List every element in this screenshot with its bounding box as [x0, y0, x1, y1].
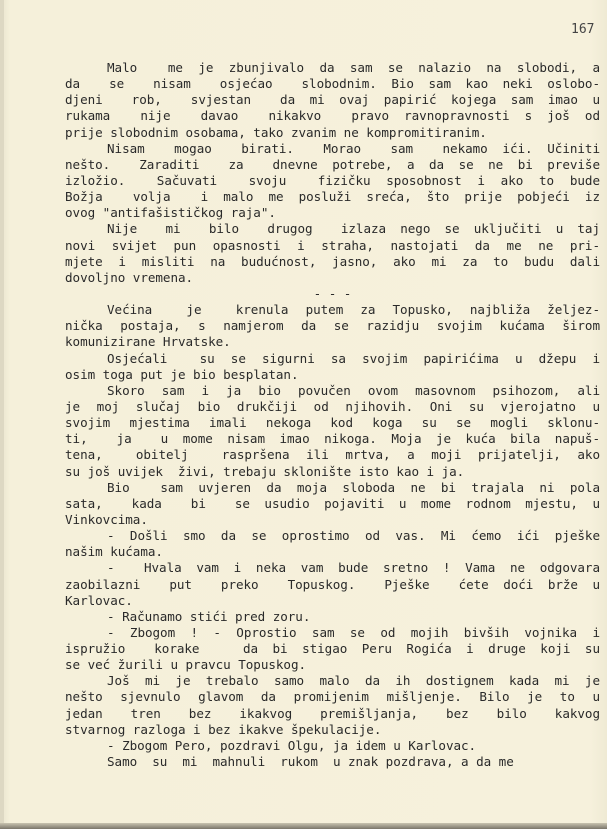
text-line: nešto sjevnulo glavom da promijenim mišl…	[65, 689, 600, 705]
text-line: Većina je krenula putem za Topusko, najb…	[65, 302, 600, 318]
text-line: nešto. Zaraditi za dnevne potrebe, a da …	[65, 157, 600, 173]
text-line: Nije mi bilo drugog izlaza nego se uklju…	[65, 221, 600, 237]
text-line: Osjećali su se sigurni sa svojim papirić…	[65, 351, 600, 367]
text-line: Božja volja i malo me posluži sreća, što…	[65, 189, 600, 205]
text-line: rukama nije davao nikakvo pravo ravnopra…	[65, 108, 600, 124]
text-line: mjete i misliti na budućnost, jasno, ako…	[65, 254, 600, 270]
text-line: stvarnog razloga i bez ikakve špekulacij…	[65, 722, 600, 738]
text-line: Nisam mogao birati. Morao sam nekamo ići…	[65, 141, 600, 157]
page-left-edge	[0, 0, 4, 829]
text-line: dovoljno vremena.	[65, 270, 600, 286]
section-separator: - - -	[65, 286, 600, 302]
text-line: sata, kada bi se usudio pojaviti u mome …	[65, 496, 600, 512]
text-line: se već žurili u pravcu Topuskog.	[65, 657, 600, 673]
text-line: - Zbogom ! - Oprostio sam se od mojih bi…	[65, 625, 600, 641]
page-number: 167	[571, 22, 594, 37]
text-line: da se nisam osjećao slobodnim. Bio sam k…	[65, 76, 600, 92]
text-line: Karlovac.	[65, 593, 600, 609]
text-line: komunizirane Hrvatske.	[65, 334, 600, 350]
text-line: novi svijet pun opasnosti i straha, nast…	[65, 238, 600, 254]
text-line: nička postaja, s namjerom da se razidju …	[65, 318, 600, 334]
text-line: Malo me je zbunjivalo da sam se nalazio …	[65, 60, 600, 76]
text-line: svojim mjestima imali nekoga kod koga su…	[65, 415, 600, 431]
page-bottom-edge	[0, 823, 607, 829]
text-line: je moj slučaj bio drukčiji od njihovih. …	[65, 399, 600, 415]
text-line: ispružio korake da bi stigao Peru Rogića…	[65, 641, 600, 657]
text-line: - Računamo stići pred zoru.	[65, 609, 600, 625]
text-line: prije slobodnim osobama, tako zvanim ne …	[65, 125, 600, 141]
text-line: Vinkovcima.	[65, 512, 600, 528]
text-line: tena, obitelj raspršena ili mrtva, a moj…	[65, 447, 600, 463]
text-line: zaobilazni put preko Topuskog. Pješke će…	[65, 577, 600, 593]
text-line: - Hvala vam i neka vam bude sretno ! Vam…	[65, 560, 600, 576]
text-line: Samo su mi mahnuli rukom u znak pozdrava…	[65, 754, 600, 770]
text-line: Skoro sam i ja bio povučen ovom masovnom…	[65, 383, 600, 399]
text-line: djeni rob, svjestan da mi ovaj papirić k…	[65, 92, 600, 108]
text-line: - Zbogom Pero, pozdravi Olgu, ja idem u …	[65, 738, 600, 754]
text-line: ti, ja u mome nisam imao nikoga. Moja je…	[65, 431, 600, 447]
text-line: su još uvijek živi, trebaju sklonište is…	[65, 464, 600, 480]
text-line: izložio. Sačuvati svoju fizičku sposobno…	[65, 173, 600, 189]
text-line: Još mi je trebalo samo malo da ih dostig…	[65, 673, 600, 689]
body-text: Malo me je zbunjivalo da sam se nalazio …	[65, 60, 600, 770]
text-line: našim kućama.	[65, 544, 600, 560]
text-line: - Došli smo da se oprostimo od vas. Mi ć…	[65, 528, 600, 544]
text-line: osim toga put je bio besplatan.	[65, 367, 600, 383]
text-line: Bio sam uvjeren da moja sloboda ne bi tr…	[65, 480, 600, 496]
scanned-page: 167 Malo me je zbunjivalo da sam se nala…	[0, 0, 607, 829]
text-line: ovog "antifašističkog raja".	[65, 205, 600, 221]
text-line: jedan tren bez ikakvog premišljanja, bez…	[65, 706, 600, 722]
